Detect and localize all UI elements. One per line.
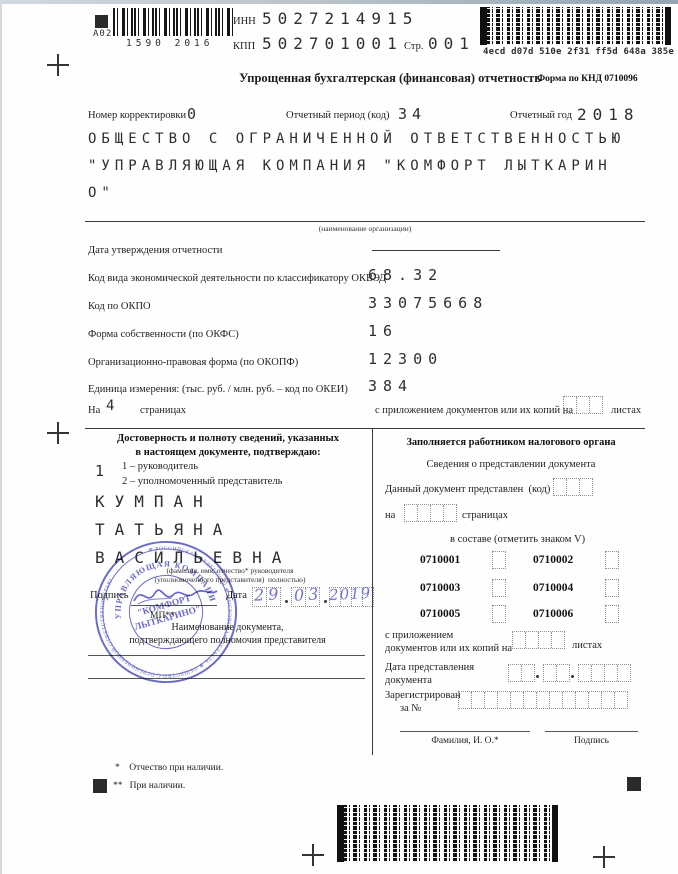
confirm-heading: Достоверность и полноту сведений, указан…: [88, 433, 368, 444]
presented-code-box: [553, 478, 593, 496]
inn-value: 5027214915: [262, 9, 418, 28]
presented-code-label: Данный документ представлен (код): [385, 484, 550, 495]
okopf-value: 12300: [368, 350, 443, 368]
attach-label: с приложением: [385, 630, 453, 641]
footnote-1: * Отчество при наличии.: [115, 763, 223, 773]
registration-cross-icon: [593, 846, 615, 868]
barcode-hex-string: 4ecd d07d 510e 2f31 ff5d 648a 385e 99f4: [483, 47, 678, 57]
presentation-date-year-box: [578, 664, 631, 682]
handwritten-date-day: 29: [254, 584, 283, 604]
form-code-0710005: 0710005: [420, 608, 460, 620]
footnote-2: ** При наличии.: [113, 781, 185, 791]
form-barcode-2d: [480, 7, 671, 45]
form-code-box: [492, 605, 506, 623]
scan-edge-artifact-top: [0, 0, 678, 4]
field-label: Организационно-правовая форма (по ОКОПФ): [88, 357, 298, 368]
barcode-digits: 1590 2016: [126, 38, 213, 49]
officer-signature-line: [545, 731, 638, 732]
tax-officer-subheading: Сведения о представлении документа: [385, 459, 637, 470]
date-separator-dot: [571, 675, 574, 678]
on-pages-word: страницах: [462, 510, 508, 521]
date-separator-dot: [324, 600, 327, 603]
svg-text:✻ РОССИЙСКАЯ ФЕДЕРАЦИЯ ✻ МОСКО: ✻ РОССИЙСКАЯ ФЕДЕРАЦИЯ ✻ МОСКОВСКАЯ ОБЛА…: [84, 529, 249, 694]
signer-code-value: 1: [95, 462, 104, 480]
officer-surname-label: Фамилия, И. О.*: [400, 736, 530, 746]
kpp-value: 502701001: [262, 34, 403, 53]
year-value: 2018: [577, 105, 640, 124]
barcode-corner-code: A02: [93, 29, 112, 39]
pages-word: страницах: [140, 405, 186, 416]
attachment-sheets-box: [563, 396, 603, 414]
form-code-box: [605, 551, 619, 569]
registered-number-box: [458, 691, 628, 709]
on-pages-box: [404, 504, 457, 522]
anchor-square-icon: [627, 777, 641, 791]
registered-label: за №: [400, 703, 421, 714]
period-label: Отчетный период (код): [286, 110, 390, 121]
form-code-box: [605, 605, 619, 623]
field-label: Код вида экономической деятельности по к…: [88, 273, 386, 284]
okei-value: 384: [368, 377, 413, 395]
presentation-date-day-box: [508, 664, 535, 682]
form-code-0710001: 0710001: [420, 554, 460, 566]
kpp-label: КПП: [233, 41, 255, 52]
signer-option-1: 1 – руководитель: [122, 461, 198, 472]
anchor-square-icon: [95, 15, 108, 28]
na-label: На: [88, 405, 100, 416]
org-name-line: "УПРАВЛЯЮЩАЯ КОМПАНИЯ "КОМФОРТ ЛЫТКАРИН: [88, 158, 612, 174]
correction-value: 0: [187, 105, 201, 123]
form-code-box: [492, 551, 506, 569]
registration-cross-icon: [302, 844, 324, 866]
org-name-caption: (наименование организации): [185, 224, 545, 233]
tax-officer-heading: Заполняется работником налогового органа: [385, 437, 637, 448]
registration-cross-icon: [47, 54, 69, 76]
attachment-label: с приложением документов или их копий на: [375, 405, 573, 416]
form-code-box: [605, 579, 619, 597]
inn-label: ИНН: [233, 16, 256, 27]
form-code-0710002: 0710002: [533, 554, 573, 566]
presentation-date-month-box: [543, 664, 570, 682]
confirm-heading: в настоящем документе, подтверждаю:: [88, 447, 368, 458]
anchor-square-icon: [93, 779, 107, 793]
signer-name-line: КУМПАН: [95, 492, 213, 511]
attach-sheets-box: [512, 631, 565, 649]
field-label: Дата утверждения отчетности: [88, 245, 222, 256]
form-code-box: [492, 579, 506, 597]
form-code-0710003: 0710003: [420, 582, 460, 594]
officer-surname-line: [400, 731, 530, 732]
pages-count: 4: [106, 398, 114, 414]
date-separator-dot: [536, 675, 539, 678]
presentation-date-label: документа: [385, 675, 432, 686]
org-name-line: О": [88, 185, 115, 201]
field-label: Единица измерения: (тыс. руб. / млн. руб…: [88, 384, 348, 395]
okpo-value: 33075668: [368, 294, 488, 312]
registered-label: Зарегистрирован: [385, 690, 461, 701]
stamp-outer-text: ✻ РОССИЙСКАЯ ФЕДЕРАЦИЯ ✻ МОСКОВСКАЯ ОБЛА…: [84, 529, 249, 694]
handwritten-date-month: 03: [294, 584, 323, 604]
registration-cross-icon: [47, 422, 69, 444]
date-separator-dot: [285, 600, 288, 603]
scan-edge-artifact-left: [0, 0, 2, 874]
field-label: Код по ОКПО: [88, 301, 151, 312]
page-number: 001: [428, 34, 475, 53]
form-barcode-2d-bottom: [337, 805, 558, 862]
year-label: Отчетный год: [510, 110, 572, 121]
okved-value: 68.32: [368, 266, 443, 284]
form-code-0710006: 0710006: [533, 608, 573, 620]
okfs-value: 16: [368, 322, 398, 340]
form-barcode-1d: [113, 8, 233, 36]
signer-option-2: 2 – уполномоченный представитель: [122, 476, 282, 487]
form-knd-code: Форма по КНД 0710096: [537, 74, 638, 84]
page-label: Стр.: [404, 41, 423, 52]
scanned-form-page: A02 1590 2016 ИНН 5027214915 КПП 5027010…: [0, 0, 678, 874]
presentation-date-label: Дата представления: [385, 662, 474, 673]
org-name-underline: [85, 221, 645, 222]
field-label: Форма собственности (по ОКФС): [88, 329, 239, 340]
org-name-line: ОБЩЕСТВО С ОГРАНИЧЕННОЙ ОТВЕТСТВЕННОСТЬЮ: [88, 131, 625, 147]
on-pages-label: на: [385, 510, 395, 521]
period-value: 34: [398, 105, 426, 123]
form-code-0710004: 0710004: [533, 582, 573, 594]
correction-label: Номер корректировки: [88, 110, 186, 121]
sostav-label: в составе (отметить знаком V): [450, 534, 585, 545]
attach-label: документов или их копий на: [385, 643, 512, 654]
approval-date-line: [372, 250, 500, 251]
section-top-border: [85, 428, 645, 429]
sheets-word: листах: [611, 405, 641, 416]
officer-signature-label: Подпись: [545, 736, 638, 746]
handwritten-date-year: 2019: [329, 584, 372, 604]
attach-sheets-word: листах: [572, 640, 602, 651]
